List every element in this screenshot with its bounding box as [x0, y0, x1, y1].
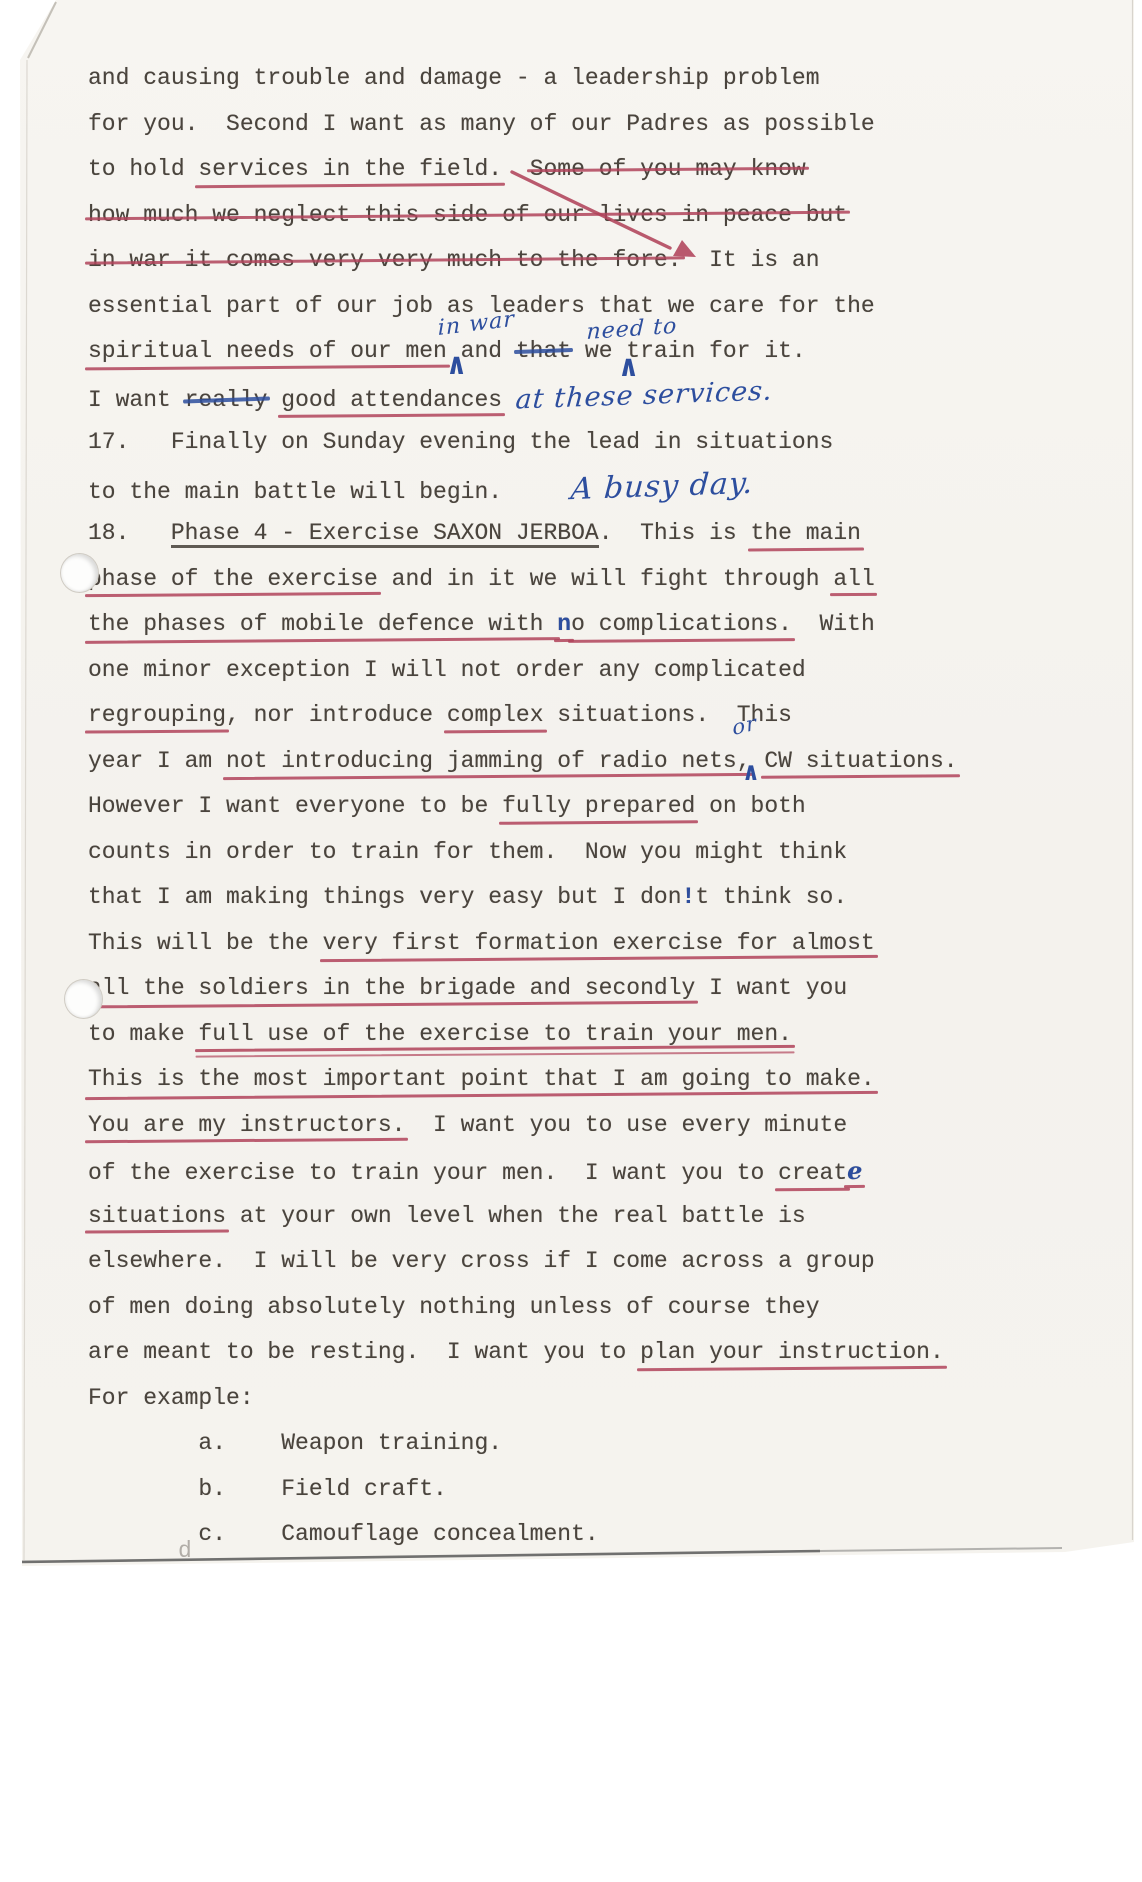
- typed-line: year I am not introducing jamming of rad…: [88, 739, 1108, 785]
- typed-line: For example:: [88, 1376, 1108, 1422]
- annotated-typed-text: !: [682, 875, 696, 921]
- typed-text: to hold: [88, 147, 198, 193]
- typed-text: b. Field craft.: [88, 1467, 447, 1513]
- annotated-typed-text: Some of you may know: [530, 147, 806, 193]
- annotated-typed-text: the main: [751, 511, 861, 557]
- typed-line: to hold services in the field. Some of y…: [88, 147, 1108, 193]
- typed-text: are meant to be resting. I want you to: [88, 1330, 640, 1376]
- annotated-typed-text: spiritual needs of our men: [88, 329, 447, 375]
- annotated-typed-text: This is the most important point that I …: [88, 1057, 875, 1103]
- typed-line: a. Weapon training.: [88, 1421, 1108, 1467]
- annotated-typed-text: creat: [778, 1151, 847, 1197]
- typed-text: of the exercise to train your men. I wan…: [88, 1151, 778, 1197]
- typed-line: 18. Phase 4 - Exercise SAXON JERBOA. Thi…: [88, 511, 1108, 557]
- annotated-typed-text: the phases of mobile defence with: [88, 602, 557, 648]
- typed-line: I want really good attendances at these …: [88, 375, 1108, 421]
- typed-line: counts in order to train for them. Now y…: [88, 830, 1108, 876]
- typed-line: c. Camouflage concealment.: [88, 1512, 1108, 1558]
- annotated-typed-text: how much we neglect this side of our liv…: [88, 193, 847, 239]
- annotated-typed-text: not introducing jamming of radio nets,: [226, 739, 751, 785]
- typed-text: elsewhere. I will be very cross if I com…: [88, 1239, 875, 1285]
- annotated-typed-text: Phase 4 - Exercise SAXON JERBOA: [171, 511, 599, 557]
- typed-text: , nor introduce: [226, 693, 447, 739]
- typed-text: t think so.: [695, 875, 847, 921]
- typed-text: 17. Finally on Sunday evening the lead i…: [88, 420, 833, 466]
- typed-text: I want you: [695, 966, 847, 1012]
- typed-text: at your own level when the real battle i…: [226, 1194, 806, 1240]
- typed-text: for you. Second I want as many of our Pa…: [88, 102, 875, 148]
- annotated-typed-text: e: [847, 1148, 862, 1194]
- typed-text: [502, 470, 571, 516]
- typed-line: You are my instructors. I want you to us…: [88, 1103, 1108, 1149]
- annotated-typed-text: complex: [447, 693, 544, 739]
- typed-text: to make: [88, 1012, 198, 1058]
- typed-line: one minor exception I will not order any…: [88, 648, 1108, 694]
- typed-text: c. Camouflage concealment.: [88, 1512, 599, 1558]
- typed-line: elsewhere. I will be very cross if I com…: [88, 1239, 1108, 1285]
- typed-line: to make full use of the exercise to trai…: [88, 1012, 1108, 1058]
- annotated-typed-text: CW situations.: [764, 739, 957, 785]
- typed-text: counts in order to train for them. Now y…: [88, 830, 847, 876]
- handwritten-annotation: A busy day.: [569, 460, 755, 512]
- annotated-typed-text: fully prepared: [502, 784, 695, 830]
- insertion-caret-icon: ∧: [618, 352, 639, 382]
- typed-line: 17. Finally on Sunday evening the lead i…: [88, 420, 1108, 466]
- annotated-typed-text: situations: [88, 1194, 226, 1240]
- typed-line: that I am making things very easy but I …: [88, 875, 1108, 921]
- typed-text: that I am making things very easy but I …: [88, 875, 682, 921]
- scan-background: { "colors": { "paper": "#f5f3ee", "typew…: [0, 0, 1142, 1882]
- annotated-typed-text: o complications.: [571, 602, 792, 648]
- annotated-typed-text: in war it comes very very much to the fo…: [88, 238, 682, 284]
- typed-text: on both: [695, 784, 805, 830]
- punch-hole: [64, 979, 103, 1019]
- insertion-caret-icon: ∧: [742, 760, 760, 785]
- annotated-typed-text: really: [185, 378, 268, 424]
- typed-text: to the main battle will begin.: [88, 470, 502, 516]
- annotated-typed-text: that: [516, 329, 571, 375]
- annotated-typed-text: services in the field.: [198, 147, 502, 193]
- annotated-typed-text: plan your instruction.: [640, 1330, 944, 1376]
- typed-text: of men doing absolutely nothing unless o…: [88, 1285, 820, 1331]
- typed-text: year I am: [88, 739, 226, 785]
- annotated-typed-text: all: [833, 557, 874, 603]
- typed-line: the phases of mobile defence with no com…: [88, 602, 1108, 648]
- faint-typed-char: d: [178, 1538, 192, 1564]
- typed-line: regrouping, nor introduce complex situat…: [88, 693, 1108, 739]
- typed-text: I want: [88, 378, 185, 424]
- annotated-typed-text: all the soldiers in the brigade and seco…: [88, 966, 695, 1012]
- typed-line: phase of the exercise and in it we will …: [88, 557, 1108, 603]
- typed-line: how much we neglect this side of our liv…: [88, 193, 1108, 239]
- typed-line: This will be the very first formation ex…: [88, 921, 1108, 967]
- typed-text: However I want everyone to be: [88, 784, 502, 830]
- typed-text: This will be the: [88, 921, 323, 967]
- typed-text: 18.: [88, 511, 171, 557]
- typed-line: are meant to be resting. I want you to p…: [88, 1330, 1108, 1376]
- annotated-typed-text: good attendances: [281, 378, 502, 424]
- typed-line: in war it comes very very much to the fo…: [88, 238, 1108, 284]
- annotated-typed-text: You are my instructors.: [88, 1103, 405, 1149]
- insertion-caret-icon: ∧: [446, 350, 467, 380]
- typed-line: all the soldiers in the brigade and seco…: [88, 966, 1108, 1012]
- typed-text: one minor exception I will not order any…: [88, 648, 806, 694]
- typed-line: of the exercise to train your men. I wan…: [88, 1148, 1108, 1194]
- typed-lines: and causing trouble and damage - a leade…: [88, 56, 1108, 1558]
- annotated-typed-text: phase of the exercise: [88, 557, 378, 603]
- typed-text: [502, 147, 530, 193]
- typed-text: I want you to use every minute: [405, 1103, 847, 1149]
- typed-text: a. Weapon training.: [88, 1421, 502, 1467]
- annotated-typed-text: full use of the exercise to train your m…: [198, 1012, 792, 1058]
- annotated-typed-text: very first formation exercise for almost: [323, 921, 875, 967]
- typed-text: It is an: [682, 238, 820, 284]
- typed-line: However I want everyone to be fully prep…: [88, 784, 1108, 830]
- typed-line: and causing trouble and damage - a leade…: [88, 56, 1108, 102]
- typed-text: and in it we will fight through: [378, 557, 833, 603]
- document-page: and causing trouble and damage - a leade…: [20, 0, 1134, 1572]
- typed-line: situations at your own level when the re…: [88, 1194, 1108, 1240]
- typed-line: b. Field craft.: [88, 1467, 1108, 1513]
- typed-text: For example:: [88, 1376, 254, 1422]
- typed-line: This is the most important point that I …: [88, 1057, 1108, 1103]
- punch-hole: [60, 553, 99, 593]
- typed-line: for you. Second I want as many of our Pa…: [88, 102, 1108, 148]
- typed-line: to the main battle will begin. A busy da…: [88, 466, 1108, 512]
- handwritten-annotation: at these services.: [514, 368, 774, 422]
- annotated-typed-text: regrouping: [88, 693, 226, 739]
- typed-text: and causing trouble and damage - a leade…: [88, 56, 820, 102]
- typed-text: With: [792, 602, 875, 648]
- typed-line: of men doing absolutely nothing unless o…: [88, 1285, 1108, 1331]
- typed-text: . This is: [599, 511, 751, 557]
